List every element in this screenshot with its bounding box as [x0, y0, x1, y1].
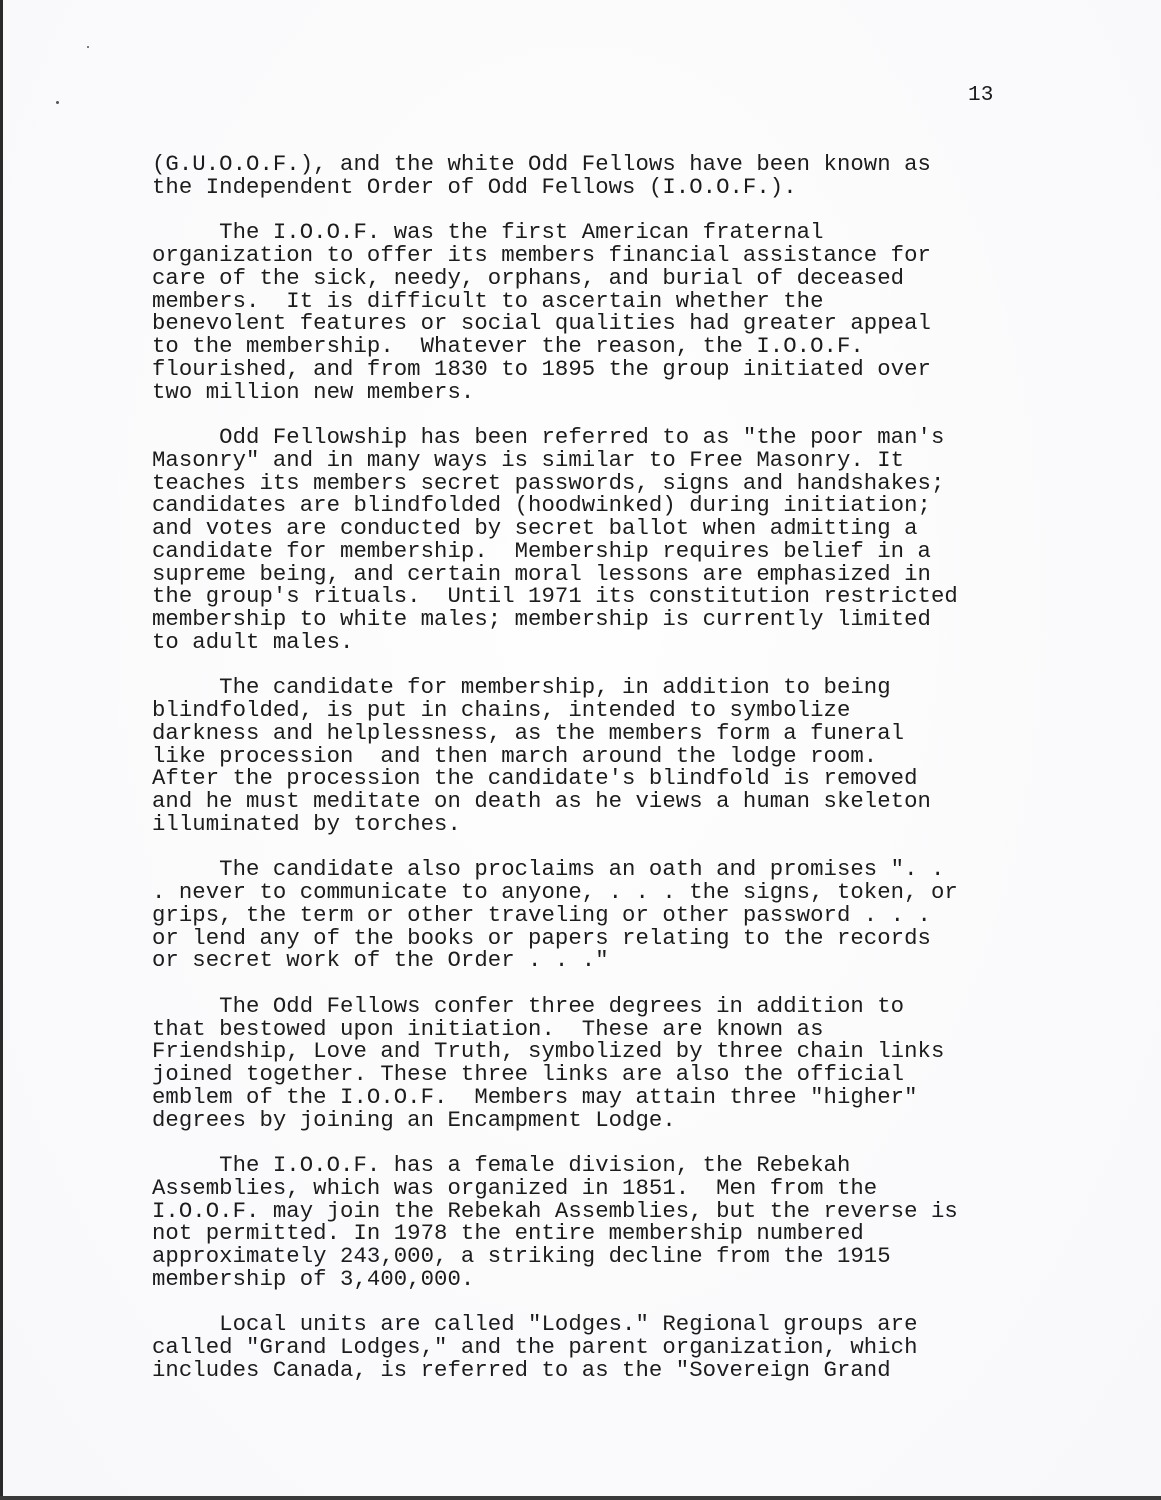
text-line: organization to offer its members financ…	[152, 244, 1052, 267]
page-number: 13	[968, 84, 994, 107]
text-line: illuminated by torches.	[152, 813, 1052, 836]
text-line: members. It is difficult to ascertain wh…	[152, 290, 1052, 313]
paragraph: The candidate for membership, in additio…	[152, 676, 1052, 835]
text-line: includes Canada, is referred to as the "…	[152, 1359, 1052, 1382]
text-line: benevolent features or social qualities …	[152, 312, 1052, 335]
text-line: membership to white males; membership is…	[152, 608, 1052, 631]
text-line: the group's rituals. Until 1971 its cons…	[152, 585, 1052, 608]
paragraph: The I.O.O.F. has a female division, the …	[152, 1154, 1052, 1291]
text-line: supreme being, and certain moral lessons…	[152, 563, 1052, 586]
text-line: called "Grand Lodges," and the parent or…	[152, 1336, 1052, 1359]
text-line: emblem of the I.O.O.F. Members may attai…	[152, 1086, 1052, 1109]
text-line: degrees by joining an Encampment Lodge.	[152, 1109, 1052, 1132]
text-line: that bestowed upon initiation. These are…	[152, 1018, 1052, 1041]
text-line: . never to communicate to anyone, . . . …	[152, 881, 1052, 904]
text-line: I.O.O.F. may join the Rebekah Assemblies…	[152, 1200, 1052, 1223]
text-line: Local units are called "Lodges." Regiona…	[152, 1313, 1052, 1336]
text-line: approximately 243,000, a striking declin…	[152, 1245, 1052, 1268]
scan-edge-left	[0, 0, 3, 1500]
paragraph: (G.U.O.O.F.), and the white Odd Fellows …	[152, 153, 1052, 199]
text-line: The I.O.O.F. was the first American frat…	[152, 221, 1052, 244]
text-line: not permitted. In 1978 the entire member…	[152, 1222, 1052, 1245]
paragraph: Local units are called "Lodges." Regiona…	[152, 1313, 1052, 1381]
text-line: flourished, and from 1830 to 1895 the gr…	[152, 358, 1052, 381]
text-line: The I.O.O.F. has a female division, the …	[152, 1154, 1052, 1177]
text-line: grips, the term or other traveling or ot…	[152, 904, 1052, 927]
document-page: 13 (G.U.O.O.F.), and the white Odd Fello…	[0, 0, 1161, 1500]
text-line: teaches its members secret passwords, si…	[152, 472, 1052, 495]
text-line: candidate for membership. Membership req…	[152, 540, 1052, 563]
paragraph: The Odd Fellows confer three degrees in …	[152, 995, 1052, 1132]
text-line: to the membership. Whatever the reason, …	[152, 335, 1052, 358]
text-line: two million new members.	[152, 381, 1052, 404]
text-line: darkness and helplessness, as the member…	[152, 722, 1052, 745]
text-line: care of the sick, needy, orphans, and bu…	[152, 267, 1052, 290]
text-line: candidates are blindfolded (hoodwinked) …	[152, 494, 1052, 517]
text-line: Odd Fellowship has been referred to as "…	[152, 426, 1052, 449]
paragraph: The candidate also proclaims an oath and…	[152, 858, 1052, 972]
text-line: After the procession the candidate's bli…	[152, 767, 1052, 790]
text-line: The candidate for membership, in additio…	[152, 676, 1052, 699]
paragraph: Odd Fellowship has been referred to as "…	[152, 426, 1052, 654]
text-line: to adult males.	[152, 631, 1052, 654]
text-line: joined together. These three links are a…	[152, 1063, 1052, 1086]
scan-speck	[87, 46, 89, 48]
scan-edge-bottom	[0, 1496, 1161, 1500]
text-line: like procession and then march around th…	[152, 745, 1052, 768]
text-line: Masonry" and in many ways is similar to …	[152, 449, 1052, 472]
scan-speck	[56, 101, 59, 104]
text-line: The Odd Fellows confer three degrees in …	[152, 995, 1052, 1018]
text-line: and he must meditate on death as he view…	[152, 790, 1052, 813]
text-line: Assemblies, which was organized in 1851.…	[152, 1177, 1052, 1200]
text-line: (G.U.O.O.F.), and the white Odd Fellows …	[152, 153, 1052, 176]
paragraph: The I.O.O.F. was the first American frat…	[152, 221, 1052, 403]
text-line: or secret work of the Order . . ."	[152, 949, 1052, 972]
text-line: The candidate also proclaims an oath and…	[152, 858, 1052, 881]
text-line: the Independent Order of Odd Fellows (I.…	[152, 176, 1052, 199]
text-line: Friendship, Love and Truth, symbolized b…	[152, 1040, 1052, 1063]
text-line: membership of 3,400,000.	[152, 1268, 1052, 1291]
document-body: (G.U.O.O.F.), and the white Odd Fellows …	[152, 153, 1052, 1404]
text-line: or lend any of the books or papers relat…	[152, 927, 1052, 950]
text-line: blindfolded, is put in chains, intended …	[152, 699, 1052, 722]
text-line: and votes are conducted by secret ballot…	[152, 517, 1052, 540]
